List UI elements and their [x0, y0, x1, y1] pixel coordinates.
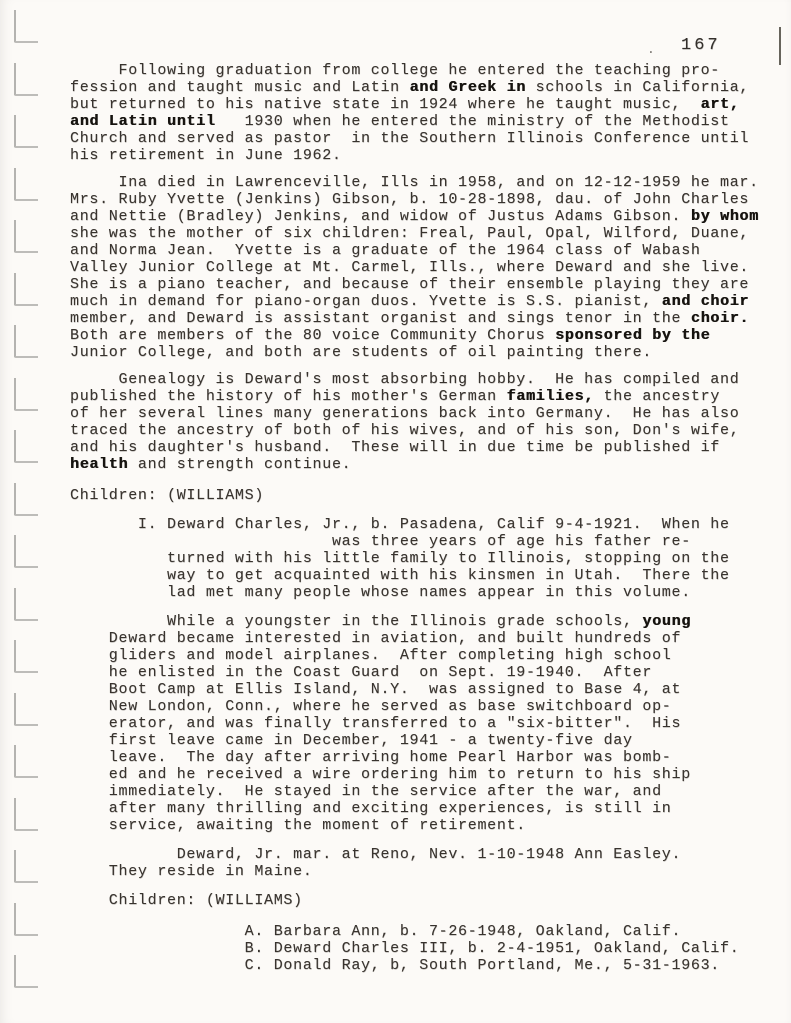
binding-mark [14, 325, 38, 358]
page-number: 167 [681, 36, 721, 55]
binding-mark [14, 220, 38, 253]
binding-mark [14, 483, 38, 516]
paragraph-marriage-easley: Deward, Jr. mar. at Reno, Nev. 1-10-1948… [70, 846, 790, 880]
binding-mark [14, 640, 38, 673]
binding-mark [14, 745, 38, 778]
scan-speck: . [647, 42, 655, 57]
paragraph-second-marriage: Ina died in Lawrenceville, Ills in 1958,… [70, 174, 790, 361]
entry-deward-charles-jr: I. Deward Charles, Jr., b. Pasadena, Cal… [70, 516, 790, 601]
binding-mark [14, 535, 38, 568]
binding-mark [14, 430, 38, 463]
binding-mark [14, 273, 38, 306]
binding-mark [14, 850, 38, 883]
binding-mark [14, 588, 38, 621]
binding-mark [14, 378, 38, 411]
children-list: A. Barbara Ann, b. 7-26-1948, Oakland, C… [70, 923, 790, 974]
binding-mark [14, 798, 38, 831]
paragraph-genealogy-hobby: Genealogy is Deward's most absorbing hob… [70, 371, 790, 473]
paragraph-teaching-career: Following graduation from college he ent… [70, 62, 790, 164]
scan-edge-artifact [779, 27, 781, 65]
binding-mark [14, 955, 38, 988]
binding-mark [14, 693, 38, 726]
binding-mark [14, 63, 38, 96]
binding-mark [14, 168, 38, 201]
scanned-document-page: . 167 Following graduation from college … [0, 0, 791, 1023]
children-heading-second: Children: (WILLIAMS) [70, 892, 790, 909]
binding-mark [14, 115, 38, 148]
binding-mark [14, 903, 38, 936]
page-text: Following graduation from college he ent… [70, 62, 790, 984]
paragraph-youth-and-service: While a youngster in the Illinois grade … [70, 613, 790, 834]
children-heading-first: Children: (WILLIAMS) [70, 487, 790, 504]
binding-mark [14, 10, 38, 43]
